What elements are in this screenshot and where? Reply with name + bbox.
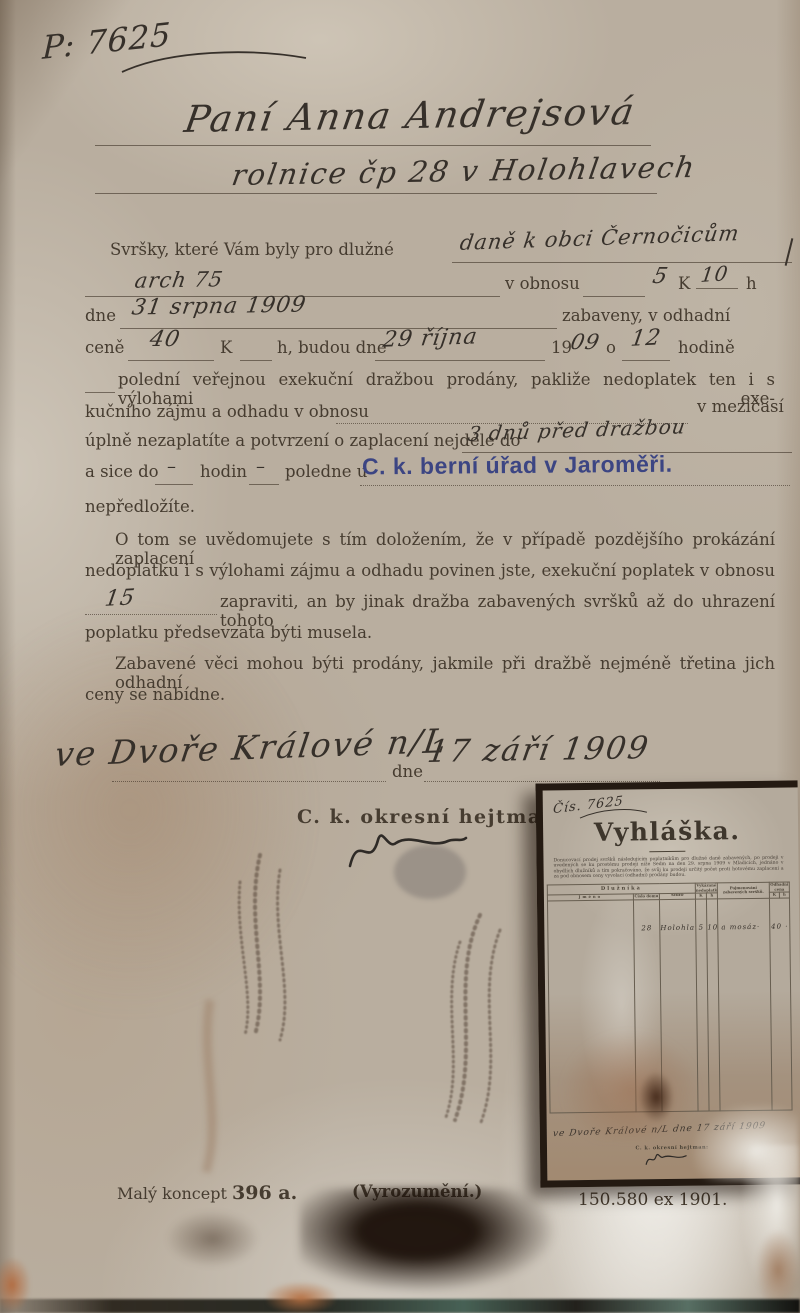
footer-left: Malý koncept 396 a. <box>117 1182 297 1204</box>
torn-patch-orange-mid <box>266 1282 336 1313</box>
para2-line4: poplatku předsevzata býti musela. <box>85 623 372 642</box>
body-line2-fill-c <box>696 288 738 289</box>
body-line8-dash-b-hw: – <box>256 456 266 477</box>
body-line8-fill-a <box>155 484 193 485</box>
inset-cell-name-empty <box>547 900 636 1113</box>
inset-col-price: Odhadní cena <box>769 882 789 892</box>
inset-col-house: Číslo domu <box>633 894 659 900</box>
official-title: C. k. okresní hejtman: <box>297 806 566 828</box>
addressee-underline-2 <box>95 193 657 194</box>
body-line4-hour-hw: 12 <box>629 325 663 352</box>
para2-amount-hw: 15 <box>103 585 137 612</box>
bottom-edge-band <box>0 1299 800 1313</box>
body-line7-hw: 3 dnů před dražbou <box>466 414 687 446</box>
document-page: P: 7625 Paní Anna Andrejsová rolnice čp … <box>0 0 800 1313</box>
inset-closing-hw: ve Dvoře Králové n/L dne 17 září 1909 <box>552 1121 766 1139</box>
hejtman-signature <box>342 826 472 872</box>
stain-bottom-smudge <box>165 1210 260 1268</box>
body-line1-fill <box>452 262 792 263</box>
body-line3-print-b: zabaveny, v odhadní <box>562 306 730 325</box>
body-line4-date-hw: 29 října <box>381 324 479 352</box>
body-line4-price-hw: 40 <box>147 327 182 352</box>
inset-vyhlaska-photo: Čís. 7625 Vyhláška. Donucovací prodej sv… <box>536 780 800 1187</box>
body-line2-unit-h: h <box>746 274 757 293</box>
body-line3-print-a: dne <box>85 306 116 325</box>
inset-signature <box>643 1151 689 1168</box>
body-line7-print: úplně nezaplatíte a potvrzení o zaplacen… <box>85 431 520 450</box>
inset-col-items: Pojmenování zabavených svršků. <box>717 882 769 898</box>
para3-line2: ceny se nabídne. <box>85 685 225 704</box>
torn-patch-orange-left <box>0 1258 30 1312</box>
body-line4-print-b: K <box>220 338 232 357</box>
body-line4-print-c: h, budou dne <box>277 338 387 357</box>
closing-place-hw: ve Dvoře Králové n/L <box>52 721 450 774</box>
inset-title-rule <box>649 851 685 852</box>
inset-cell-house: 28 <box>633 899 662 1111</box>
para2-fill <box>85 614 217 615</box>
body-line8-print-b: hodin <box>200 462 247 481</box>
body-line4-fill-b <box>240 360 272 361</box>
body-line2-print: v obnosu <box>505 274 580 293</box>
stain-bottom-darkblob <box>300 1188 562 1296</box>
reference-flourish <box>120 48 310 78</box>
body-line5-fill <box>85 392 115 393</box>
body-line8-print-c: poledne u <box>285 462 367 481</box>
body-line9-print: nepředložíte. <box>85 497 195 516</box>
inset-table: Dlužníka Vykázané nedoplatky Pojmenování… <box>547 882 793 1114</box>
footer-center: (Vyrozumění.) <box>352 1182 482 1201</box>
body-line4-year-hw: 09 <box>568 330 602 354</box>
body-line3-hw: 31 srpna 1909 <box>130 292 308 320</box>
addressee-desc-hw: rolnice čp 28 v Holohlavech <box>229 150 698 192</box>
torn-right-brown <box>756 1230 800 1310</box>
inset-col-arrears: Vykázané nedoplatky <box>695 883 717 893</box>
inset-cell-items: a mosáz· <box>717 898 772 1111</box>
body-line8-print-a: a sice do <box>85 462 159 481</box>
tax-office-stamp: C. k. berní úřad v Jaroměři. <box>362 451 673 481</box>
inset-torn-white <box>692 1103 799 1182</box>
addressee-underline-1 <box>95 145 651 146</box>
body-line4-print-f: hodině <box>678 338 735 357</box>
body-line4-fill-a <box>128 360 214 361</box>
body-line8-dash-a-hw: – <box>167 456 177 477</box>
inset-cell-seat: Holohlav <box>659 899 698 1111</box>
inset-paragraph: Donucovací prodej svršků následujícím po… <box>553 856 783 880</box>
closing-fill-a <box>112 781 386 782</box>
body-line8-fill-b <box>249 484 279 485</box>
body-line4-fill-d <box>622 360 670 361</box>
addressee-name-hw: Paní Anna Andrejsová <box>182 90 639 141</box>
body-line8-fill-c <box>360 485 790 486</box>
body-line1-hw: daně k obci Černočicům <box>458 221 741 255</box>
body-line2-unit-k: K <box>678 274 690 293</box>
body-line2-hw: arch 75 <box>133 267 225 293</box>
footer-left-number: 396 a. <box>232 1182 297 1204</box>
body-line6-print-a: kučního zájmu a odhadu v obnosu <box>85 402 369 421</box>
body-line4-print-a: ceně <box>85 338 124 357</box>
closing-date-hw: 17 září 1909 <box>425 730 652 770</box>
inset-title: Vyhláška. <box>543 815 791 847</box>
body-line1-print: Svršky, které Vám byly pro dlužné <box>110 240 394 259</box>
closing-dne-print: dne <box>392 762 423 781</box>
para2-line2: nedoplatku i s výlohami zájmu a odhadu p… <box>85 561 775 580</box>
body-line2-fill-b <box>583 296 645 297</box>
inset-cell-price: 40 · <box>769 898 792 1110</box>
body-line6-print-b: v mezičasí <box>697 397 784 416</box>
footer-left-text: Malý koncept <box>117 1184 227 1203</box>
body-line4-fill-c <box>375 360 545 361</box>
body-line2-amount-k-hw: 5 <box>650 264 670 289</box>
body-line4-print-e: o <box>606 338 616 357</box>
footer-right: 150.580 ex 1901. <box>578 1190 727 1210</box>
body-line2-amount-h-hw: 10 <box>699 261 730 287</box>
body-line3-fill <box>120 328 557 329</box>
